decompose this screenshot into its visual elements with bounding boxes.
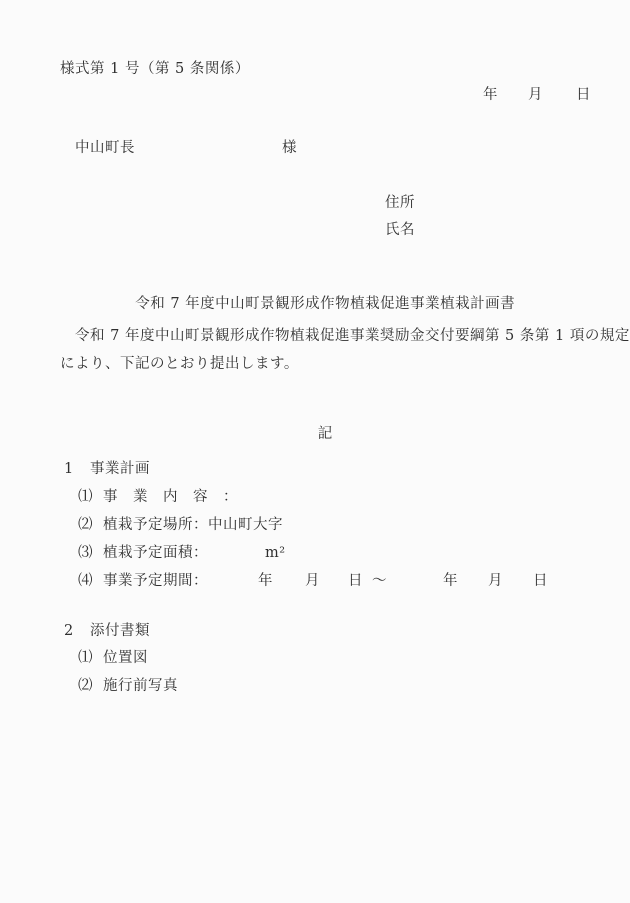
period-start-month-label: 月	[305, 570, 320, 592]
item-2-1-label: 位置図	[103, 647, 148, 669]
period-end-year-label: 年	[443, 570, 458, 592]
document-title-line: 令和 7 年度中山町景観形成作物植栽促進事業植栽計画書	[0, 271, 630, 293]
item-1-3-unit: m²	[265, 542, 286, 564]
item-2-2-number: ⑵	[78, 675, 93, 697]
item-2-1-number: ⑴	[78, 647, 93, 669]
applicant-name-label: 氏名	[385, 219, 415, 241]
item-1-2-label: 植栽予定場所：	[103, 517, 208, 533]
applicant-address-label: 住所	[385, 192, 415, 214]
period-start-year-label: 年	[258, 570, 273, 592]
date-year-label: 年	[483, 84, 498, 106]
section-2-heading-line: 2 添付書類	[0, 620, 630, 642]
addressee-line: 中山町長 様	[0, 137, 630, 159]
item-1-2-number: ⑵	[78, 514, 93, 536]
item-business-content: ⑴ 事 業 内 容 ：	[0, 486, 630, 508]
form-number: 様式第 1 号（第 5 条関係）	[60, 58, 250, 80]
document-title: 令和 7 年度中山町景観形成作物植栽促進事業植栽計画書	[135, 296, 515, 312]
item-planting-area: ⑶ 植栽予定面積： m²	[0, 542, 630, 564]
body-paragraph-line-2: により、下記のとおり提出します。	[0, 353, 630, 375]
item-1-2-value: 中山町大字	[208, 517, 283, 533]
period-start-day-label: 日	[348, 570, 363, 592]
section-2-number: 2	[64, 620, 74, 642]
item-1-3-label: 植栽予定面積：	[103, 542, 208, 564]
form-number-line: 様式第 1 号（第 5 条関係）	[0, 58, 630, 80]
item-1-2-text: 植栽予定場所：中山町大字	[103, 514, 283, 536]
item-planting-location: ⑵ 植栽予定場所：中山町大字	[0, 514, 630, 536]
applicant-address-line: 住所	[0, 192, 630, 214]
section-1-number: 1	[64, 458, 74, 480]
item-project-period: ⑷ 事業予定期間： 年 月 日 〜 年 月 日	[0, 570, 630, 592]
item-2-2-label: 施行前写真	[103, 675, 178, 697]
record-marker: 記	[318, 426, 333, 442]
section-2-heading: 添付書類	[90, 620, 150, 642]
item-location-map: ⑴ 位置図	[0, 647, 630, 669]
addressee-name: 中山町長	[75, 137, 135, 159]
date-month-label: 月	[528, 84, 543, 106]
period-end-month-label: 月	[488, 570, 503, 592]
item-1-1-label: 事 業 内 容 ：	[103, 486, 238, 508]
item-pre-work-photo: ⑵ 施行前写真	[0, 675, 630, 697]
item-1-3-number: ⑶	[78, 542, 93, 564]
record-marker-line: 記	[0, 401, 630, 423]
date-day-label: 日	[576, 84, 591, 106]
period-tilde: 〜	[372, 570, 387, 592]
addressee-honorific: 様	[282, 137, 297, 159]
body-paragraph-line-1: 令和 7 年度中山町景観形成作物植栽促進事業奨励金交付要綱第 5 条第 1 項の…	[0, 325, 630, 347]
body-text-2: により、下記のとおり提出します。	[60, 353, 299, 375]
date-line: 年 月 日	[0, 84, 630, 106]
applicant-name-line: 氏名	[0, 219, 630, 241]
item-1-4-number: ⑷	[78, 570, 93, 592]
item-1-4-label: 事業予定期間：	[103, 570, 208, 592]
section-1-heading-line: 1 事業計画	[0, 458, 630, 480]
section-1-heading: 事業計画	[90, 458, 150, 480]
period-end-day-label: 日	[533, 570, 548, 592]
body-text-1: 令和 7 年度中山町景観形成作物植栽促進事業奨励金交付要綱第 5 条第 1 項の…	[75, 325, 630, 347]
planting-plan-form-page: 様式第 1 号（第 5 条関係） 年 月 日 中山町長 様 住所 氏名 令和 7…	[0, 0, 630, 903]
item-1-1-number: ⑴	[78, 486, 93, 508]
